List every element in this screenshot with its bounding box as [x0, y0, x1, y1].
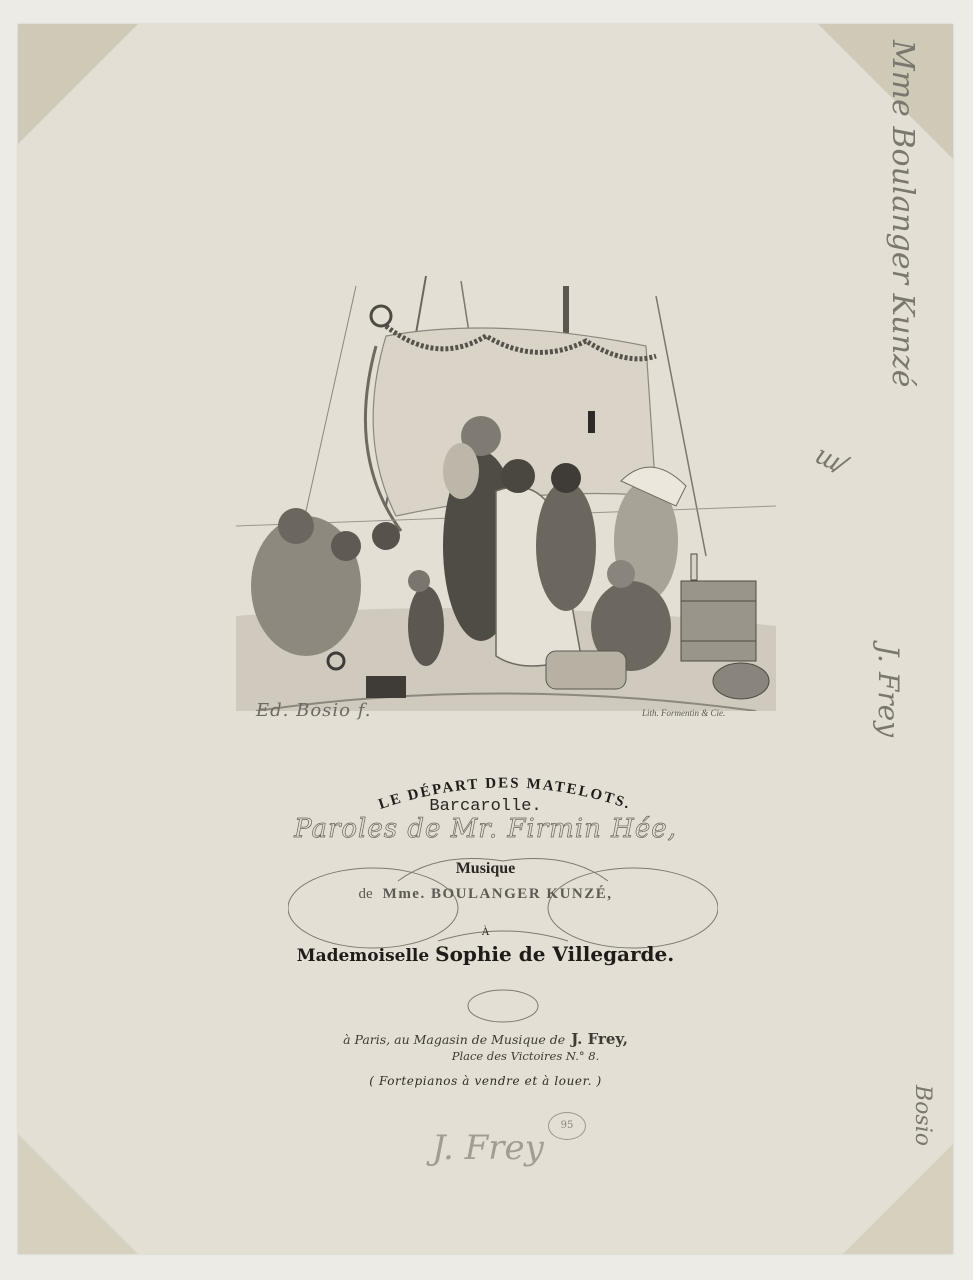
composer-credit: deMme. BOULANGER KUNZÉ, [18, 886, 953, 903]
lithograph-illustration [236, 256, 776, 711]
dedicatee-prefix: Mademoiselle [297, 946, 429, 966]
dedicatee-name: Sophie de Villegarde. [435, 942, 674, 966]
printer-credit: Lith. Formentin & Cie. [642, 708, 725, 718]
pencil-annotation-artist: Bosio [910, 1085, 935, 1146]
pencil-annotation-publisher: J. Frey [872, 645, 905, 737]
dedication-line: Mademoiselle Sophie de Villegarde. [18, 942, 953, 966]
artist-signature: Ed. Bosio f. [256, 700, 371, 721]
pencil-annotation-composer: Mme Boulanger Kunzé [885, 40, 920, 387]
publisher-signature: J. Frey [432, 1128, 544, 1168]
lyricist-credit: Paroles de Mr. Firmin Hée, [18, 814, 953, 844]
mount-corner-top-left [18, 24, 138, 144]
publisher-name: J. Frey, [571, 1030, 628, 1048]
composer-name: Mme. BOULANGER KUNZÉ, [383, 886, 613, 902]
mount-corner-bottom-left [18, 1134, 138, 1254]
fortepianos-notice: ( Fortepianos à vendre et à louer. ) [18, 1074, 953, 1088]
musique-label: Musique [18, 860, 953, 878]
composer-prefix: de [358, 886, 372, 902]
publisher-line: à Paris, au Magasin de Musique deJ. Frey… [18, 1030, 953, 1048]
mount-corner-bottom-right [843, 1144, 953, 1254]
publisher-address: Place des Victoires N.° 8. [18, 1049, 973, 1063]
dedication-a: À [18, 927, 953, 938]
inventory-stamp: 95 [548, 1112, 586, 1140]
sheet-music-title-page: Ed. Bosio f. Lith. Formentin & Cie. LE D… [18, 24, 953, 1254]
publisher-prefix: à Paris, au Magasin de Musique de [343, 1032, 565, 1047]
